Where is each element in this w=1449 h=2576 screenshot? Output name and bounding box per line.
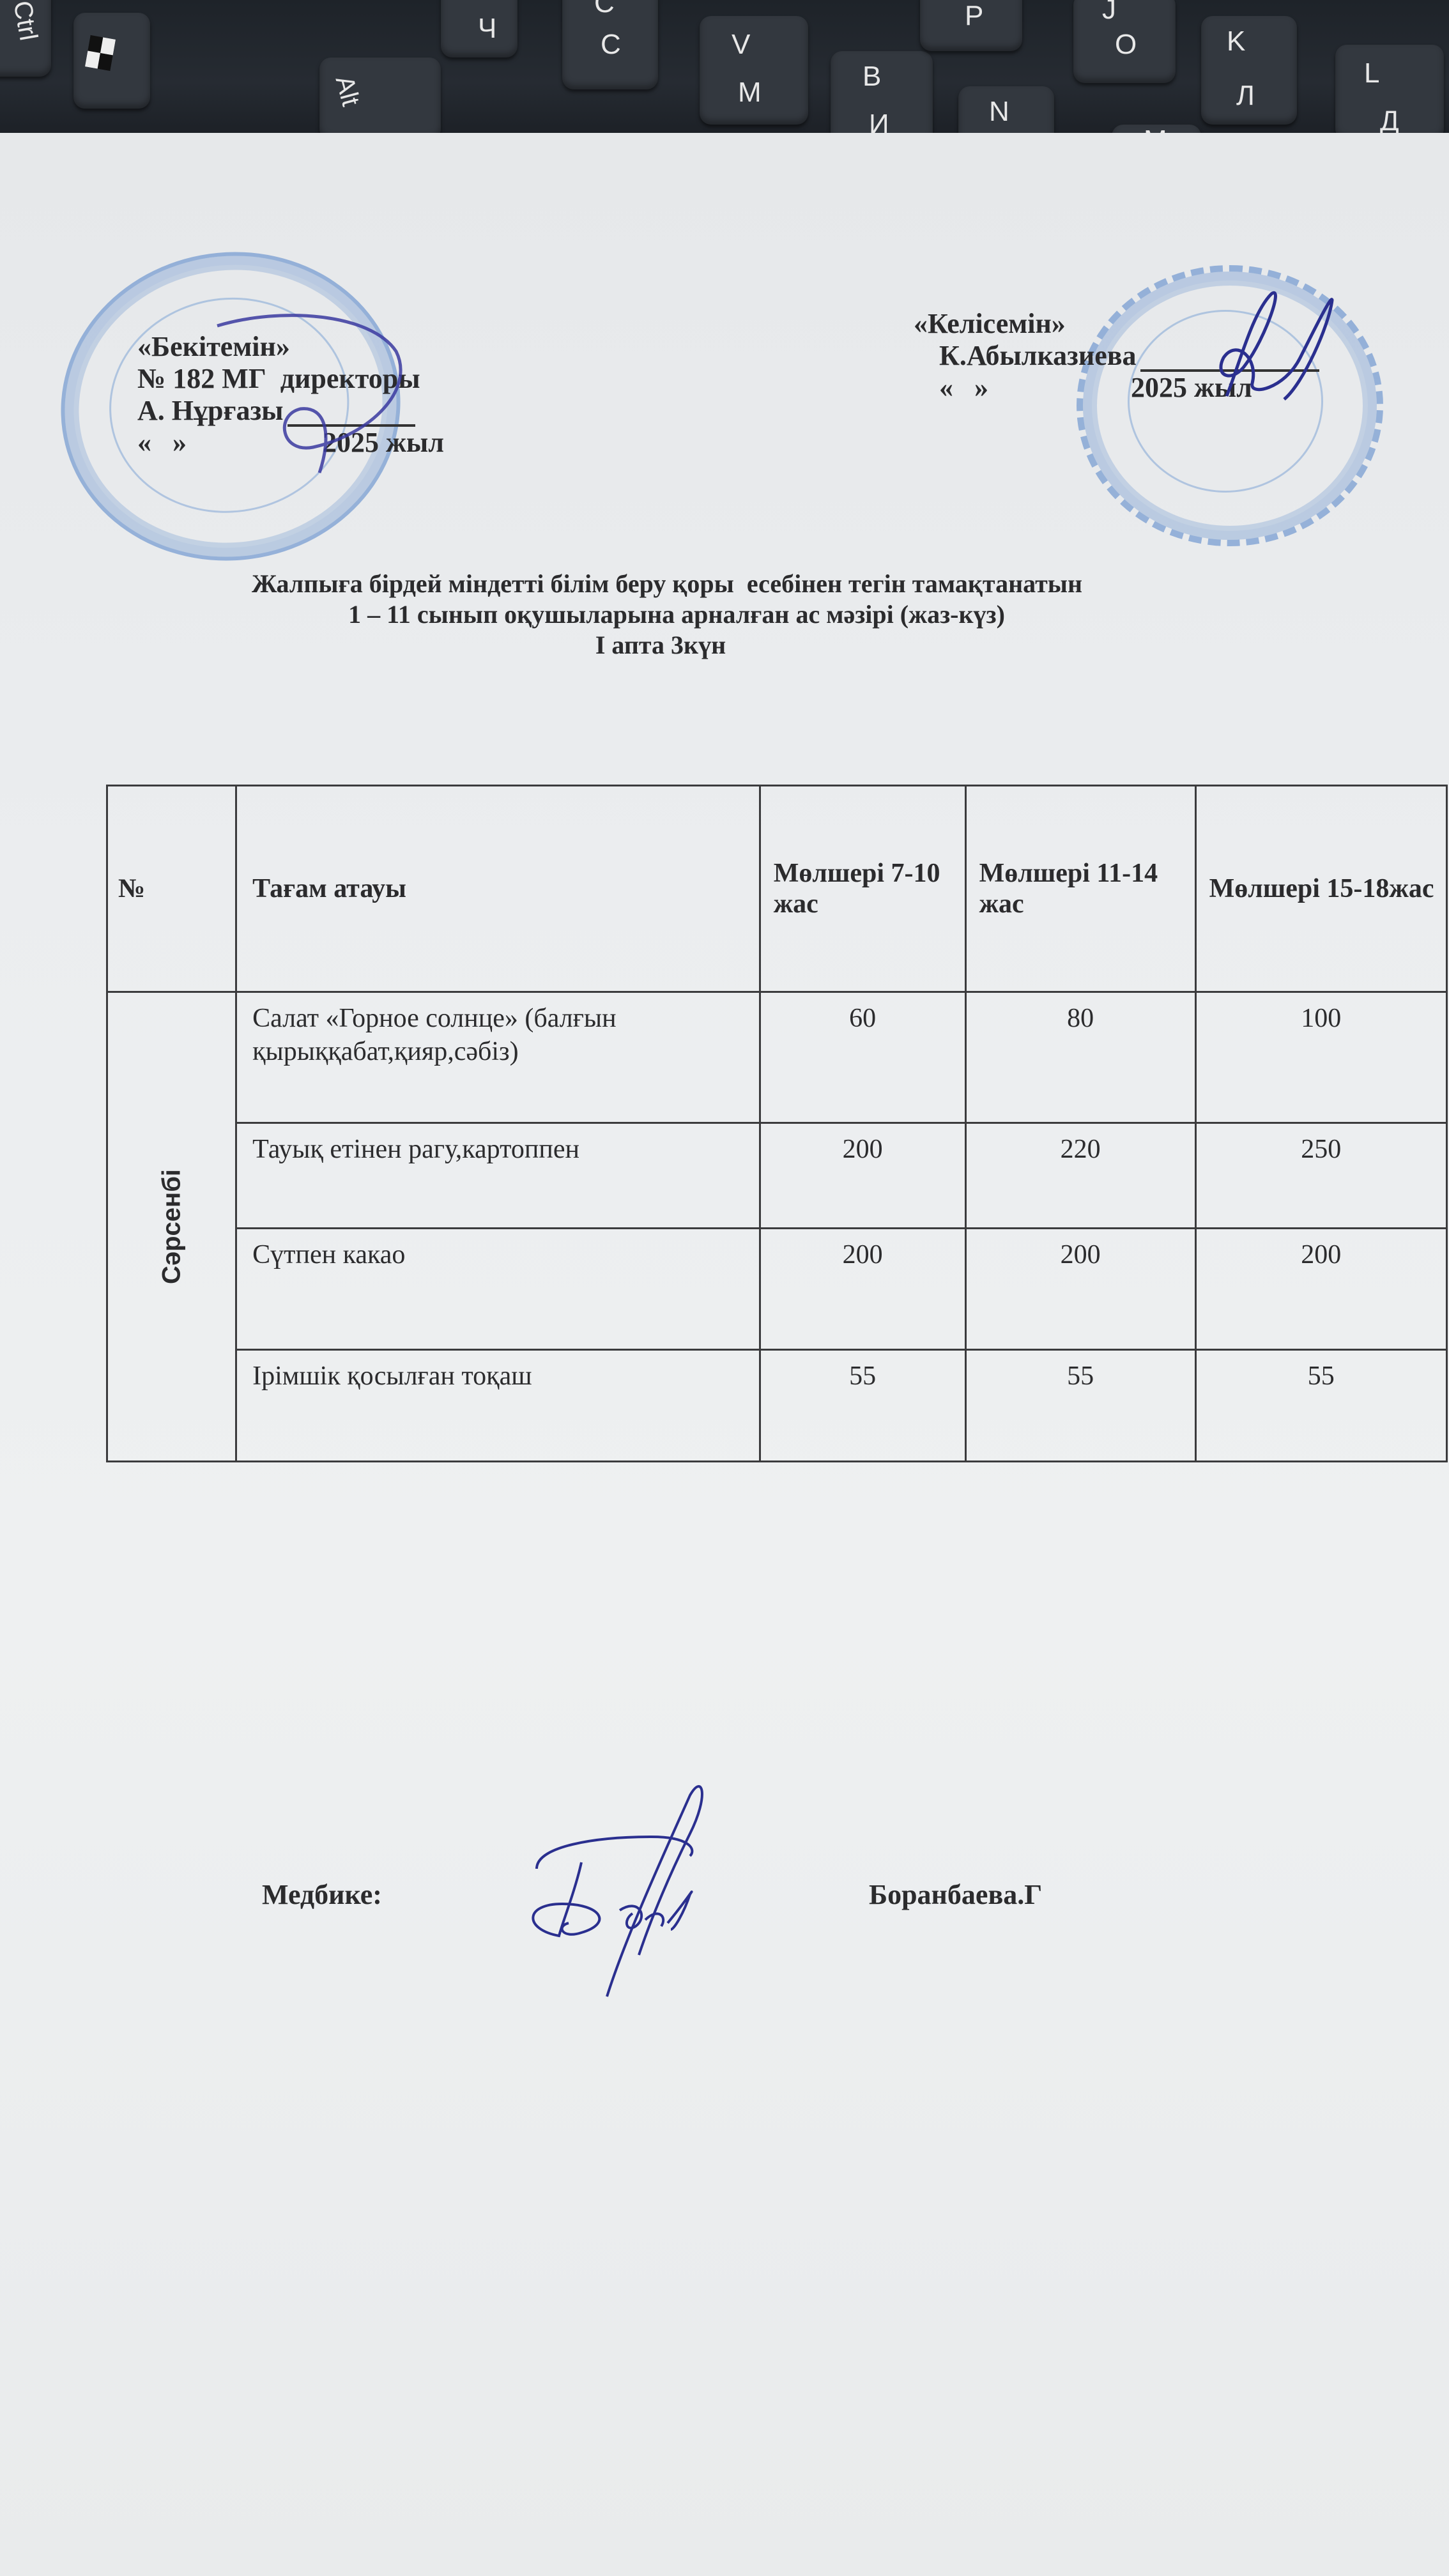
- key-label: N: [989, 96, 1009, 128]
- title-line-1: Жалпыға бірдей міндетті білім беру қоры …: [0, 569, 1449, 599]
- windows-logo-icon: [85, 35, 116, 71]
- agreement-signature: [1188, 287, 1354, 402]
- keyboard-background: Ctrl Alt Ч C С V М B И N P J О K Л L Д М: [0, 0, 1449, 137]
- qty-15-18: 55: [1195, 1350, 1446, 1462]
- table-row: Сүтпен какао 200 200 200: [107, 1229, 1447, 1350]
- qty-11-14: 55: [965, 1350, 1195, 1462]
- key-ctrl: Ctrl: [0, 0, 51, 77]
- key-b: B И: [831, 51, 933, 137]
- agreement-date-quotes: « »: [939, 372, 1131, 404]
- key-label: C: [594, 0, 615, 19]
- header-number: №: [107, 786, 236, 992]
- key-j: J О: [1073, 0, 1176, 83]
- key-label: Alt: [330, 73, 365, 109]
- qty-11-14: 220: [965, 1123, 1195, 1229]
- key-windows: [73, 13, 150, 109]
- dish-name: Сүтпен какао: [236, 1229, 760, 1350]
- qty-7-10: 60: [760, 992, 965, 1123]
- key-label: K: [1227, 26, 1245, 57]
- table-header-row: № Тағам атауы Мөлшері 7-10 жас Мөлшері 1…: [107, 786, 1447, 992]
- header-qty-15-18: Мөлшері 15-18жас: [1195, 786, 1446, 992]
- nurse-signature: [498, 1776, 792, 2019]
- key-ch: Ч: [441, 0, 517, 57]
- qty-15-18: 100: [1195, 992, 1446, 1123]
- key-alt: Alt: [319, 57, 441, 137]
- key-label: L: [1364, 57, 1379, 89]
- day-label: Сәрсенбі: [157, 1169, 186, 1284]
- nurse-role: Медбике:: [262, 1878, 382, 1911]
- qty-15-18: 250: [1195, 1123, 1446, 1229]
- director-signature: [204, 281, 415, 492]
- qty-15-18: 200: [1195, 1229, 1446, 1350]
- table-row: Сәрсенбі Салат «Горное солнце» (балғын қ…: [107, 992, 1447, 1123]
- header-dish-name: Тағам атауы: [236, 786, 760, 992]
- qty-7-10: 55: [760, 1350, 965, 1462]
- key-k: K Л: [1201, 16, 1297, 125]
- qty-7-10: 200: [760, 1123, 965, 1229]
- key-p: P: [920, 0, 1022, 51]
- key-l: L Д: [1335, 45, 1444, 137]
- key-c: C С: [562, 0, 658, 89]
- header-qty-11-14: Мөлшері 11-14 жас: [965, 786, 1195, 992]
- key-label-alt: Л: [1236, 80, 1255, 112]
- key-n: N: [958, 86, 1054, 137]
- menu-title: Жалпыға бірдей міндетті білім беру қоры …: [0, 569, 1449, 661]
- key-label: P: [965, 0, 983, 32]
- key-label-alt: С: [601, 29, 621, 61]
- title-line-2: 1 – 11 сынып оқушыларына арналған ас мәз…: [0, 599, 1449, 630]
- dish-name: Салат «Горное солнце» (балғын қырыққабат…: [236, 992, 760, 1123]
- key-v: V М: [700, 16, 808, 125]
- header-qty-7-10: Мөлшері 7-10 жас: [760, 786, 965, 992]
- dish-name: Ірімшік қосылған тоқаш: [236, 1350, 760, 1462]
- key-label-alt: М: [738, 77, 762, 109]
- table-row: Тауық етінен рагу,картоппен 200 220 250: [107, 1123, 1447, 1229]
- key-label: Ctrl: [8, 0, 43, 43]
- dish-name: Тауық етінен рагу,картоппен: [236, 1123, 760, 1229]
- agreement-name: К.Абылказиева: [939, 340, 1137, 372]
- menu-table: № Тағам атауы Мөлшері 7-10 жас Мөлшері 1…: [106, 785, 1448, 1462]
- title-line-3: І апта 3күн: [0, 630, 1449, 661]
- key-label: B: [862, 61, 881, 93]
- day-cell: Сәрсенбі: [107, 992, 236, 1462]
- key-label: V: [732, 29, 750, 61]
- key-label: J: [1102, 0, 1116, 26]
- key-label: Ч: [478, 13, 496, 45]
- key-label-alt: О: [1115, 29, 1137, 61]
- nurse-name: Боранбаева.Г: [869, 1878, 1042, 1911]
- table-row: Ірімшік қосылған тоқаш 55 55 55: [107, 1350, 1447, 1462]
- qty-11-14: 80: [965, 992, 1195, 1123]
- qty-11-14: 200: [965, 1229, 1195, 1350]
- qty-7-10: 200: [760, 1229, 965, 1350]
